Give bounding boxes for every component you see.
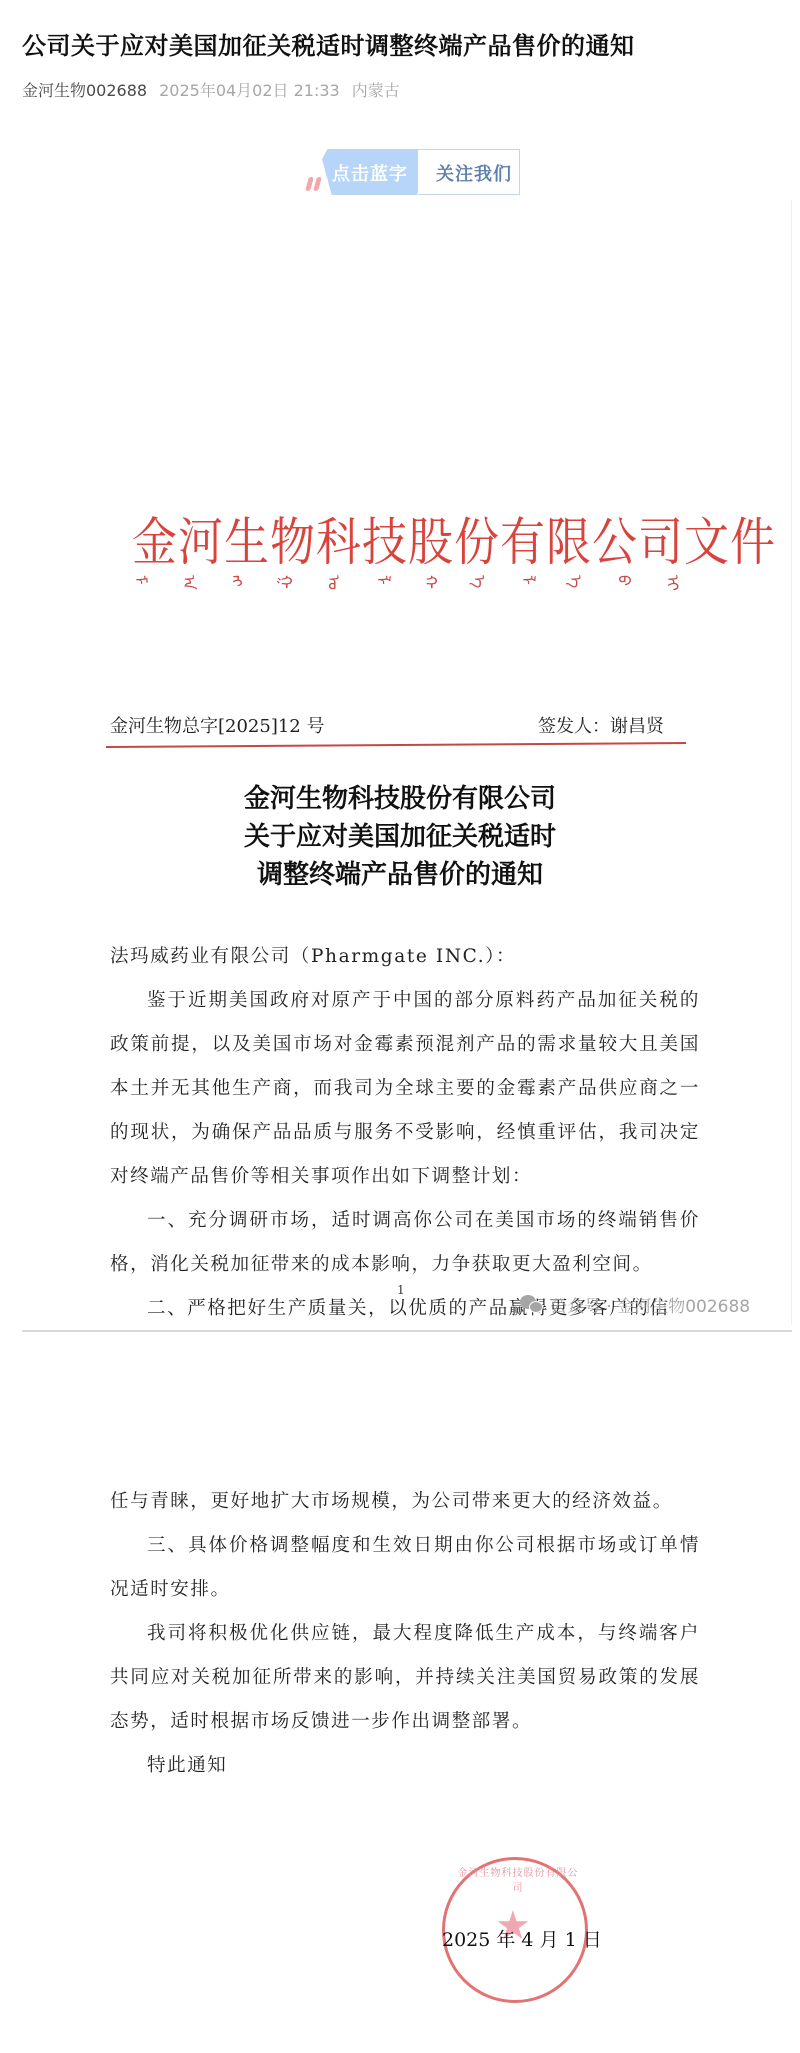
page-divider	[22, 1330, 792, 1332]
mongolian-glyph: ᠩ	[229, 575, 237, 635]
mongolian-glyph: ᠤ	[325, 575, 333, 635]
document-body-page-1: 法玛威药业有限公司（Pharmgate INC.）： 鉴于近期美国政府对原产于中…	[110, 935, 700, 1331]
closing-remark: 特此通知	[110, 1744, 700, 1788]
wechat-watermark: 公众号 · 金河生物002688	[520, 1292, 750, 1317]
document-body-page-2: 任与青睐，更好地扩大市场规模，为公司带来更大的经济效益。 三、具体价格调整幅度和…	[110, 1480, 700, 1788]
mongolian-glyph: ᠬ	[422, 575, 430, 635]
letterhead-mongolian-script: ᠮ ᠠ ᠩ ᠭ ᠤ ᠯ ᠬ ᠡ ᠯ ᠡ ᠪ ᠢ	[132, 575, 672, 635]
mongolian-glyph: ᠡ	[567, 575, 575, 635]
document-title-line: 金河生物科技股份有限公司	[180, 780, 620, 818]
body-paragraph: 我司将积极优化供应链，最大程度降低生产成本，与终端客户共同应对关税加征所带来的影…	[110, 1612, 700, 1744]
mongolian-glyph: ᠢ	[664, 575, 672, 635]
follow-us-label: 关注我们	[436, 160, 512, 186]
mongolian-glyph: ᠯ	[374, 575, 382, 635]
author-link[interactable]: 金河生物002688	[22, 78, 147, 101]
article-title: 公司关于应对美国加征关税适时调整终端产品售价的通知	[22, 26, 782, 61]
mongolian-glyph: ᠯ	[519, 575, 527, 635]
quote-marks-icon	[305, 177, 323, 193]
body-paragraph: 三、具体价格调整幅度和生效日期由你公司根据市场或订单情况适时安排。	[110, 1524, 700, 1612]
mongolian-glyph: ᠠ	[180, 575, 188, 635]
body-paragraph: 鉴于近期美国政府对原产于中国的部分原料药产品加征关税的政策前提，以及美国市场对金…	[110, 979, 700, 1199]
document-title: 金河生物科技股份有限公司 关于应对美国加征关税适时 调整终端产品售价的通知	[180, 780, 620, 894]
mongolian-glyph: ᠡ	[471, 575, 479, 635]
mongolian-glyph: ᠮ	[132, 575, 140, 635]
signer: 签发人：谢昌贤	[538, 712, 664, 738]
watermark-label: 公众号 · 金河生物002688	[550, 1292, 750, 1317]
publish-location: 内蒙古	[352, 78, 400, 101]
wechat-icon	[520, 1294, 546, 1316]
follow-banner[interactable]: 点击蓝字 关注我们	[300, 149, 520, 195]
seal-text: 金河生物科技股份有限公司	[457, 1864, 579, 1894]
body-paragraph: 任与青睐，更好地扩大市场规模，为公司带来更大的经济效益。	[110, 1480, 700, 1524]
addressee: 法玛威药业有限公司（Pharmgate INC.）：	[110, 935, 700, 979]
mongolian-glyph: ᠭ	[277, 575, 285, 635]
document-title-line: 调整终端产品售价的通知	[180, 856, 620, 894]
mongolian-glyph: ᠪ	[616, 575, 624, 635]
click-blue-text-label: 点击蓝字	[332, 160, 408, 186]
body-paragraph: 一、充分调研市场，适时调高你公司在美国市场的终端销售价格，消化关税加征带来的成本…	[110, 1199, 700, 1287]
document-date: 2025 年 4 月 1 日	[442, 1925, 602, 1952]
publish-date: 2025年04月02日 21:33	[159, 78, 340, 101]
article-meta: 金河生物002688 2025年04月02日 21:33 内蒙古	[22, 78, 400, 101]
page-number: 1	[397, 1283, 405, 1297]
letterhead: 金河生物科技股份有限公司文件	[132, 500, 672, 575]
document-title-line: 关于应对美国加征关税适时	[180, 818, 620, 856]
document-number: 金河生物总字[2025]12 号	[110, 712, 324, 738]
